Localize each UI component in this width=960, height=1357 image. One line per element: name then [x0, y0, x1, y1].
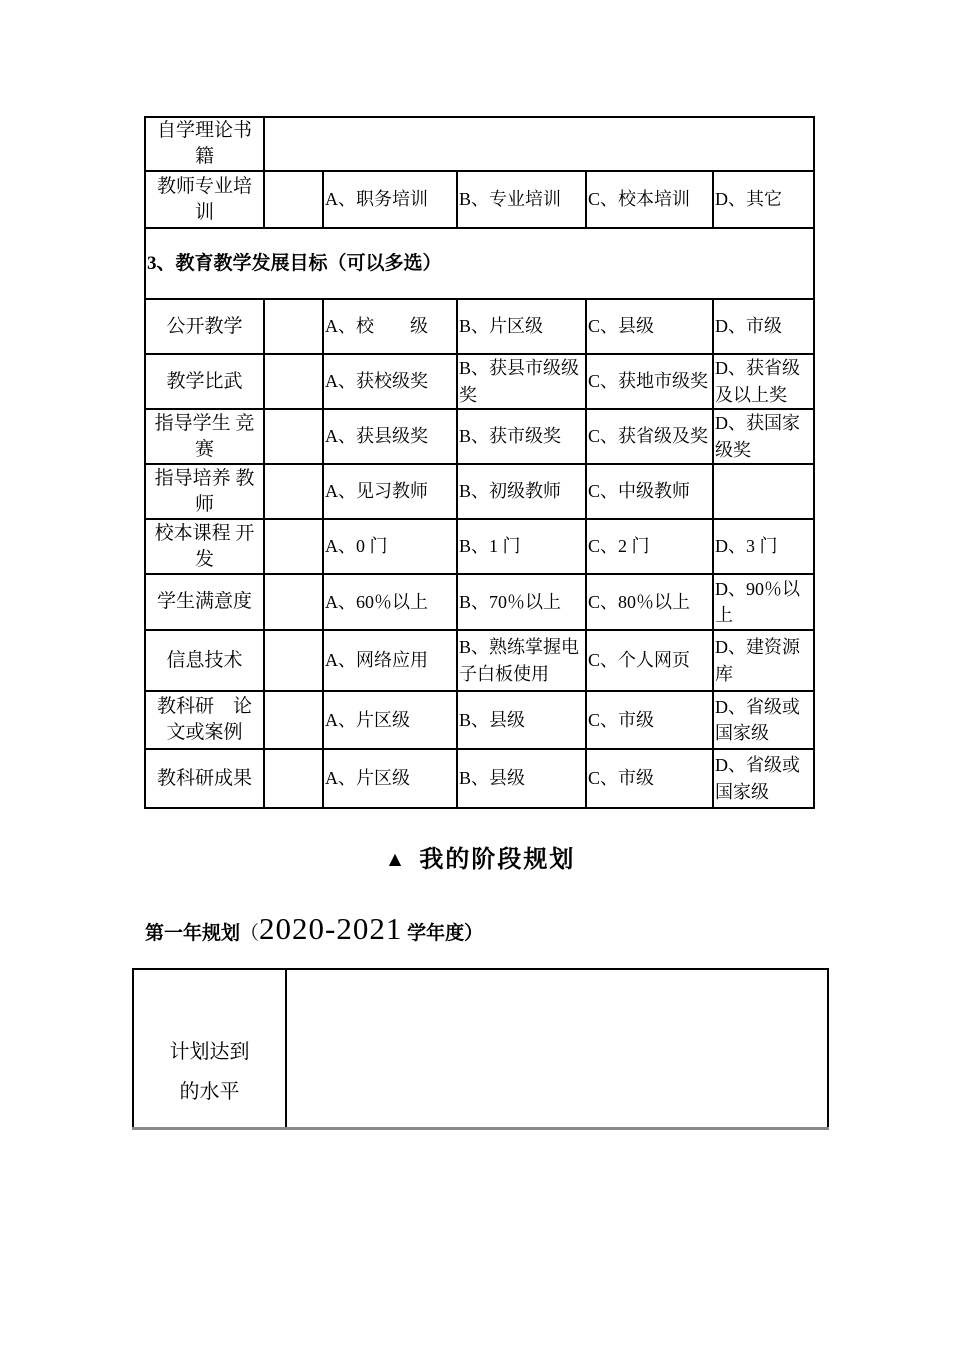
option-cell-a: A、片区级 — [323, 691, 457, 749]
answer-cell[interactable] — [264, 299, 323, 354]
table-row: 指导培养 教师 A、见习教师 B、初级教师 C、中级教师 — [145, 464, 814, 519]
table-row: 教科研 论文或案例 A、片区级 B、县级 C、市级 D、省级或国家级 — [145, 691, 814, 749]
table-row: 校本课程 开发 A、0 门 B、1 门 C、2 门 D、3 门 — [145, 519, 814, 574]
row-label: 教师专业培训 — [145, 171, 264, 228]
plan-subtitle-prefix: 第一年规划 — [145, 923, 240, 944]
answer-cell[interactable] — [264, 749, 323, 808]
answer-cell[interactable] — [264, 354, 323, 409]
option-cell-b: B、县级 — [457, 691, 586, 749]
row-label: 指导培养 教师 — [145, 464, 264, 519]
answer-cell[interactable] — [264, 574, 323, 630]
option-cell-d[interactable] — [713, 464, 814, 519]
answer-cell[interactable] — [264, 171, 323, 228]
table-row: 教科研成果 A、片区级 B、县级 C、市级 D、省级或国家级 — [145, 749, 814, 808]
plan-subtitle-year-range: 2020-2021 — [259, 911, 402, 946]
option-cell-d: D、其它 — [713, 171, 814, 228]
option-cell-c: C、校本培训 — [586, 171, 713, 228]
row-label: 自学理论书籍 — [145, 117, 264, 171]
row-label: 教科研 论文或案例 — [145, 691, 264, 749]
row-label: 教科研成果 — [145, 749, 264, 808]
option-cell-a: A、职务培训 — [323, 171, 457, 228]
option-cell-c: C、80％以上 — [586, 574, 713, 630]
option-cell-c: C、获地市级奖 — [586, 354, 713, 409]
table-row: 学生满意度 A、60％以上 B、70％以上 C、80％以上 D、90％以上 — [145, 574, 814, 630]
option-cell-a: A、0 门 — [323, 519, 457, 574]
option-cell-c: C、2 门 — [586, 519, 713, 574]
fill-in-cell[interactable] — [264, 117, 814, 171]
table-row: 自学理论书籍 — [145, 117, 814, 171]
option-cell-c: C、中级教师 — [586, 464, 713, 519]
option-cell-d: D、省级或国家级 — [713, 749, 814, 808]
option-cell-a: A、网络应用 — [323, 630, 457, 691]
table-row: 教师专业培训 A、职务培训 B、专业培训 C、校本培训 D、其它 — [145, 171, 814, 228]
answer-cell[interactable] — [264, 464, 323, 519]
table-row: 指导学生 竞赛 A、获县级奖 B、获市级奖 C、获省级及奖 D、获国家级奖 — [145, 409, 814, 464]
row-label: 信息技术 — [145, 630, 264, 691]
option-cell-d: D、90％以上 — [713, 574, 814, 630]
table-row: 公开教学 A、校 级 B、片区级 C、县级 D、市级 — [145, 299, 814, 354]
option-cell-c: C、个人网页 — [586, 630, 713, 691]
option-cell-a: A、片区级 — [323, 749, 457, 808]
option-cell-d: D、建资源库 — [713, 630, 814, 691]
option-cell-b: B、初级教师 — [457, 464, 586, 519]
option-cell-b: B、县级 — [457, 749, 586, 808]
option-cell-b: B、熟练掌握电子白板使用 — [457, 630, 586, 691]
option-cell-b: B、70％以上 — [457, 574, 586, 630]
plan-subtitle: 第一年规划（2020-2021 学年度） — [145, 906, 483, 952]
option-cell-d: D、3 门 — [713, 519, 814, 574]
option-cell-c: C、县级 — [586, 299, 713, 354]
plan-subtitle-suffix: 学年度） — [402, 923, 483, 944]
row-label: 指导学生 竞赛 — [145, 409, 264, 464]
plan-row-label: 计划达到 的水平 — [133, 969, 286, 1129]
answer-cell[interactable] — [264, 691, 323, 749]
section-row: 3、教育教学发展目标（可以多选） — [145, 228, 814, 299]
option-cell-d: D、市级 — [713, 299, 814, 354]
table-row: 信息技术 A、网络应用 B、熟练掌握电子白板使用 C、个人网页 D、建资源库 — [145, 630, 814, 691]
option-cell-c: C、市级 — [586, 749, 713, 808]
section-heading-title: 我的阶段规划 — [419, 847, 575, 873]
option-cell-c: C、市级 — [586, 691, 713, 749]
triangle-bullet-icon: ▲ — [385, 847, 406, 871]
table-row: 教学比武 A、获校级奖 B、获县市级级奖 C、获地市级奖 D、获省级及以上奖 — [145, 354, 814, 409]
option-cell-d: D、获省级及以上奖 — [713, 354, 814, 409]
plan-content-cell[interactable] — [286, 969, 828, 1129]
plan-subtitle-open-paren: （ — [240, 923, 259, 944]
option-cell-a: A、见习教师 — [323, 464, 457, 519]
section-heading: ▲我的阶段规划 — [0, 842, 960, 876]
option-cell-b: B、1 门 — [457, 519, 586, 574]
option-cell-b: B、获市级奖 — [457, 409, 586, 464]
development-goals-table: 自学理论书籍 教师专业培训 A、职务培训 B、专业培训 C、校本培训 D、其它 … — [144, 116, 815, 809]
first-year-plan-table: 计划达到 的水平 — [132, 968, 829, 1130]
option-cell-b: B、专业培训 — [457, 171, 586, 228]
option-cell-d: D、获国家级奖 — [713, 409, 814, 464]
row-label: 校本课程 开发 — [145, 519, 264, 574]
table-row: 计划达到 的水平 — [133, 969, 828, 1129]
option-cell-a: A、获县级奖 — [323, 409, 457, 464]
row-label: 学生满意度 — [145, 574, 264, 630]
answer-cell[interactable] — [264, 630, 323, 691]
answer-cell[interactable] — [264, 409, 323, 464]
option-cell-a: A、获校级奖 — [323, 354, 457, 409]
row-label: 教学比武 — [145, 354, 264, 409]
document-page: 自学理论书籍 教师专业培训 A、职务培训 B、专业培训 C、校本培训 D、其它 … — [0, 0, 960, 1357]
answer-cell[interactable] — [264, 519, 323, 574]
option-cell-a: A、60％以上 — [323, 574, 457, 630]
section-title: 3、教育教学发展目标（可以多选） — [145, 228, 814, 299]
option-cell-d: D、省级或国家级 — [713, 691, 814, 749]
row-label: 公开教学 — [145, 299, 264, 354]
option-cell-b: B、片区级 — [457, 299, 586, 354]
option-cell-c: C、获省级及奖 — [586, 409, 713, 464]
option-cell-b: B、获县市级级奖 — [457, 354, 586, 409]
option-cell-a: A、校 级 — [323, 299, 457, 354]
